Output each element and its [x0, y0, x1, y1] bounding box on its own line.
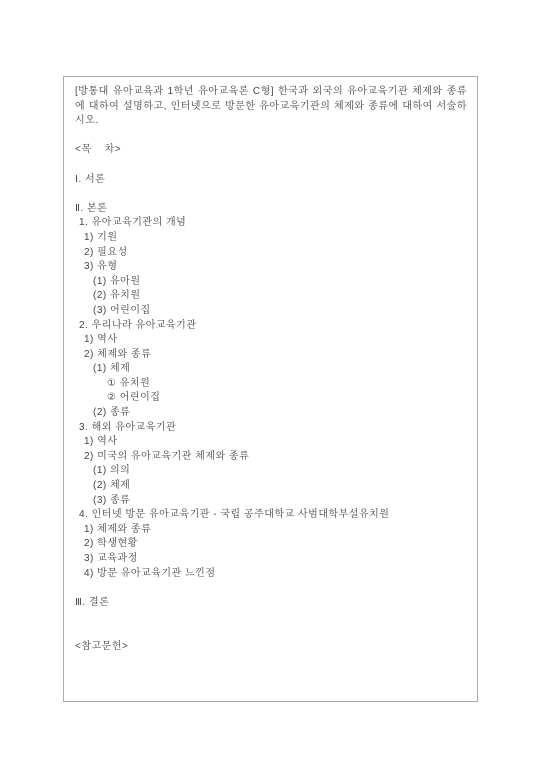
toc-heading: <목 차>: [75, 143, 467, 158]
outline-line: 2) 학생현황: [75, 537, 467, 552]
assignment-title: [방통대 유아교육과 1학년 유아교육론 C형] 한국과 외국의 유아교육기관 …: [75, 85, 467, 129]
outline-line: (2) 종류: [75, 406, 467, 421]
outline-line: 1) 체제와 종류: [75, 523, 467, 538]
outline-line: 2) 필요성: [75, 246, 467, 261]
outline-line: (1) 의의: [75, 464, 467, 479]
outline-line-body: Ⅱ. 본론: [75, 202, 467, 217]
outline-line: (2) 유치원: [75, 289, 467, 304]
outline-line: ① 유치원: [75, 377, 467, 392]
outline-line: 3) 교육과정: [75, 552, 467, 567]
outline-list: Ⅰ. 서론Ⅱ. 본론1. 유아교육기관의 개념1) 기원2) 필요성3) 유형(…: [75, 173, 467, 655]
outline-line: 4) 방문 유아교육기관 느낀점: [75, 567, 467, 582]
outline-line-intro: Ⅰ. 서론: [75, 173, 467, 188]
outline-line: 3) 유형: [75, 260, 467, 275]
outline-line: 4. 인터넷 방문 유아교육기관 - 국립 공주대학교 사범대학부설유치원: [75, 508, 467, 523]
outline-line: 1) 역사: [75, 333, 467, 348]
outline-line: (1) 체제: [75, 362, 467, 377]
outline-line: 3. 해외 유아교육기관: [75, 421, 467, 436]
outline-line: 2) 체제와 종류: [75, 348, 467, 363]
outline-line: ② 어린이집: [75, 391, 467, 406]
references-heading: <참고문헌>: [75, 640, 467, 655]
outline-line: (1) 유아원: [75, 275, 467, 290]
outline-line: 2. 우리나라 유아교육기관: [75, 319, 467, 334]
outline-line: (2) 체제: [75, 479, 467, 494]
outline-line: 1) 기원: [75, 231, 467, 246]
outline-line: 1. 유아교육기관의 개념: [75, 216, 467, 231]
document-border-box: [방통대 유아교육과 1학년 유아교육론 C형] 한국과 외국의 유아교육기관 …: [63, 76, 478, 702]
outline-line: 2) 미국의 유아교육기관 체제와 종류: [75, 450, 467, 465]
outline-line: (3) 종류: [75, 494, 467, 509]
outline-line: (3) 어린이집: [75, 304, 467, 319]
outline-line: 1) 역사: [75, 435, 467, 450]
outline-line-conclusion: Ⅲ. 결론: [75, 596, 467, 611]
